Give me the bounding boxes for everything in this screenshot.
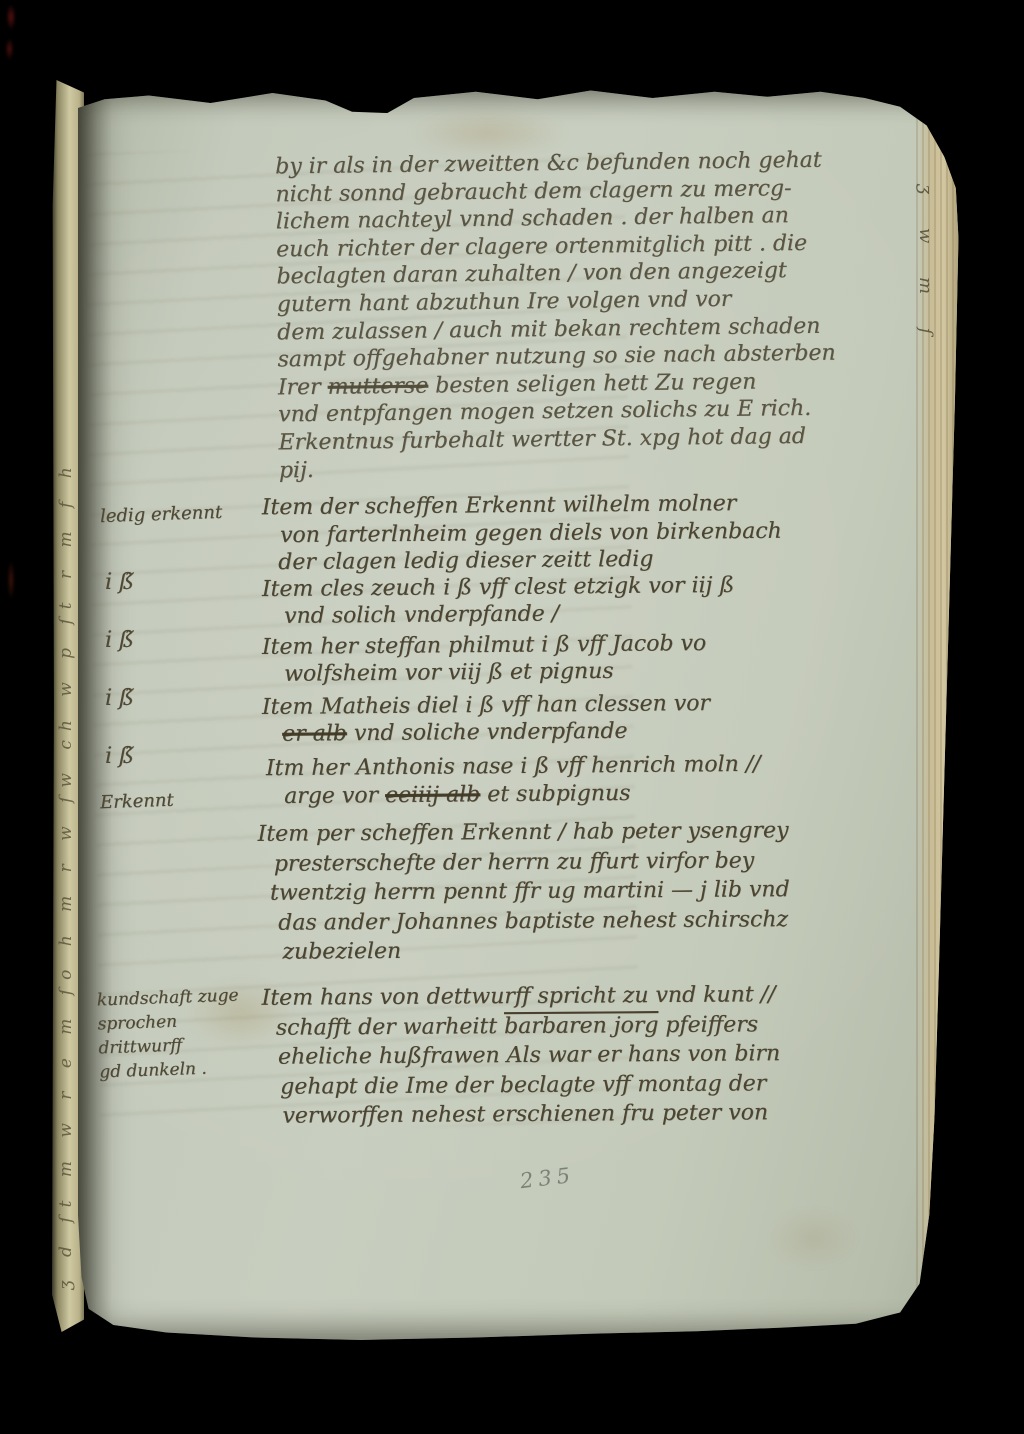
hand-text: verworffen nehest erschienen fru peter v… — [282, 1100, 768, 1128]
hand-line: Item hans von dettwurff spricht zu vnd k… — [261, 980, 779, 1013]
hand-text: Irer — [278, 375, 328, 401]
entry-matheis-diel: Item Matheis diel i ß vff han clessen vo… — [262, 690, 711, 748]
hand-text: eheliche hußfrawen Als war er hans von b… — [278, 1041, 780, 1070]
hand-text: besten seligen hett Zu regen — [428, 369, 756, 398]
entry-cles-zeuch: Item cles zeuch i ß vff clest etzigk vor… — [262, 572, 735, 630]
hand-text: Erkennt — [100, 790, 174, 814]
hand-line: Item per scheffen Erkennt / hab peter ys… — [257, 816, 789, 849]
hand-text: das ander Johannes baptiste nehest schir… — [278, 907, 788, 936]
struck-text: er alb — [282, 721, 347, 747]
struck-text: mutterse — [327, 373, 428, 399]
hand-text: Item hans von dettwurff spricht zu vnd k… — [262, 982, 776, 1011]
hand-line: i ß̃ — [105, 686, 134, 712]
hand-text: gehapt die Ime der beclagte vff montag d… — [280, 1071, 766, 1099]
margin-note-erkennt: Erkennt — [100, 789, 175, 816]
hand-line: i ß̃ — [105, 744, 134, 770]
manuscript-page: ʒ w m ſ by ir als in der zweitten &c bef… — [78, 88, 962, 1340]
hand-line: Item Matheis diel i ß vff han clessen vo… — [262, 690, 710, 721]
hand-text: arge vor — [284, 783, 385, 809]
hand-line: wolfsheim vor viij ß et pignus — [262, 657, 707, 688]
hand-text: zubezielen — [282, 939, 401, 965]
hand-text: i ß̃ — [105, 628, 134, 653]
edge-ink-fragments: ʒ w m ſ — [915, 184, 936, 348]
hand-line: Erkennt — [100, 789, 175, 816]
hand-text: Itm her Anthonis nase i ß vff henrich mo… — [266, 752, 761, 781]
previous-page-text-fragments: ʒ d ſt m w r e m ſo h m r w ſw ch w p ſt… — [56, 140, 76, 1290]
hand-text: vnd solich vnderpfande / — [284, 601, 559, 628]
hand-line: schafft der warheitt barbaren jorg pfeif… — [262, 1010, 780, 1043]
hand-line: zubezielen — [258, 934, 790, 967]
hand-line: von farterlnheim gegen diels von birkenb… — [262, 517, 782, 549]
hand-line: Item her steffan philmut i ß vff Jacob v… — [262, 630, 707, 661]
margin-note-kundschaft: kundschaft zugesprochendrittwurffgd dunk… — [96, 984, 241, 1085]
hand-text: pij. — [279, 458, 314, 483]
hand-text: drittwurff — [98, 1036, 182, 1059]
overlined-text: barbaren jorg — [504, 1013, 658, 1039]
hand-text: twentzig herrn pennt ffr ug martini — j … — [270, 877, 790, 906]
hand-text: i ß̃ — [105, 570, 134, 595]
hand-line: arge vor eeiiij alb et subpignus — [266, 778, 761, 810]
red-speck — [5, 38, 14, 60]
hand-text: Item der scheffen Erkennt wilhelm molner — [262, 491, 737, 520]
hand-line: i ß̃ — [105, 628, 134, 654]
hand-line: i ß̃ — [105, 570, 134, 596]
hand-text: schafft der warheitt — [276, 1014, 504, 1041]
hand-text: vnd soliche vnderpfande — [347, 719, 628, 746]
margin-shilling-2: i ß̃ — [105, 628, 134, 654]
page-number: 235 — [519, 1163, 577, 1194]
red-speck — [6, 4, 16, 30]
hand-line: eheliche hußfrawen Als war er hans von b… — [262, 1039, 780, 1072]
entry-peter-ysengrey: Item per scheffen Erkennt / hab peter ys… — [257, 816, 790, 967]
hand-text: by ir als in der zweitten &c befunden no… — [275, 148, 822, 180]
main-paragraph: by ir als in der zweitten &c befunden no… — [275, 147, 837, 485]
hand-line: Itm her Anthonis nase i ß vff henrich mo… — [266, 751, 761, 783]
hand-line: vnd solich vnderpfande / — [262, 599, 734, 630]
entry-wilhelm-molner: Item der scheffen Erkennt wilhelm molner… — [262, 490, 782, 577]
red-speck — [7, 560, 15, 600]
hand-text: i ß̃ — [105, 744, 134, 769]
margin-note-ledig-erkennt: ledig erkennt — [100, 501, 223, 529]
hand-text: ledig erkennt — [100, 502, 223, 527]
entry-steffan-philmut: Item her steffan philmut i ß vff Jacob v… — [262, 630, 707, 688]
paper-stain — [768, 1208, 858, 1268]
margin-shilling-1: i ß̃ — [105, 570, 134, 596]
hand-text: kundschaft zuge — [96, 986, 238, 1011]
page-edge-deckle: ʒ w m ſ — [916, 88, 962, 1340]
entry-hans-von-dettwurff: Item hans von dettwurff spricht zu vnd k… — [261, 980, 780, 1131]
hand-line: presterschefte der herrn zu ffurt virfor… — [258, 846, 790, 879]
struck-text: eeiiij alb — [385, 782, 480, 808]
hand-text: Item cles zeuch i ß vff clest etzigk vor… — [262, 573, 734, 602]
hand-line: Item der scheffen Erkennt wilhelm molner — [262, 490, 782, 522]
hand-line: gehapt die Ime der beclagte vff montag d… — [262, 1069, 780, 1102]
hand-text: der clagen ledig dieser zeitt ledig — [278, 547, 653, 575]
hand-text: gutern hant abzuthun Ire volgen vnd vor — [277, 287, 732, 318]
photograph-background: ʒ d ſt m w r e m ſo h m r w ſw ch w p ſt… — [0, 0, 1024, 1434]
hand-text: von farterlnheim gegen diels von birkenb… — [280, 518, 782, 547]
hand-line: gd dunkeln . — [99, 1056, 242, 1085]
hand-line: Item cles zeuch i ß vff clest etzigk vor… — [262, 572, 734, 603]
hand-line: er alb vnd soliche vnderpfande — [262, 717, 710, 748]
hand-line: kundschaft zuge — [96, 984, 239, 1013]
hand-text: Erkentnus furbehalt wertter St. xpg hot … — [278, 424, 806, 455]
hand-text: sprochen — [97, 1012, 177, 1035]
hand-line: ledig erkennt — [100, 501, 223, 529]
hand-text: gd dunkeln . — [99, 1059, 207, 1083]
hand-line: twentzig herrn pennt ffr ug martini — j … — [258, 875, 790, 908]
entry-anthonis-nase: Itm her Anthonis nase i ß vff henrich mo… — [266, 751, 761, 810]
hand-text: presterschefte der herrn zu ffurt virfor… — [274, 848, 755, 876]
hand-text: i ß̃ — [105, 686, 134, 711]
hand-text: Item Matheis diel i ß vff han clessen vo… — [262, 691, 710, 720]
hand-text: Item per scheffen Erkennt / hab peter ys… — [258, 818, 789, 847]
hand-line: das ander Johannes baptiste nehest schir… — [258, 905, 790, 938]
hand-text: et subpignus — [480, 780, 630, 806]
margin-shilling-3: i ß̃ — [105, 686, 134, 712]
hand-text: Item her steffan philmut i ß vff Jacob v… — [262, 631, 706, 660]
hand-line: verworffen nehest erschienen fru peter v… — [262, 1098, 780, 1131]
hand-text: pfeiffers — [658, 1012, 758, 1038]
margin-shilling-4: i ß̃ — [105, 744, 134, 770]
hand-text: lichem nachteyl vnnd schaden . der halbe… — [276, 203, 789, 234]
hand-text: wolfsheim vor viij ß et pignus — [284, 659, 614, 687]
